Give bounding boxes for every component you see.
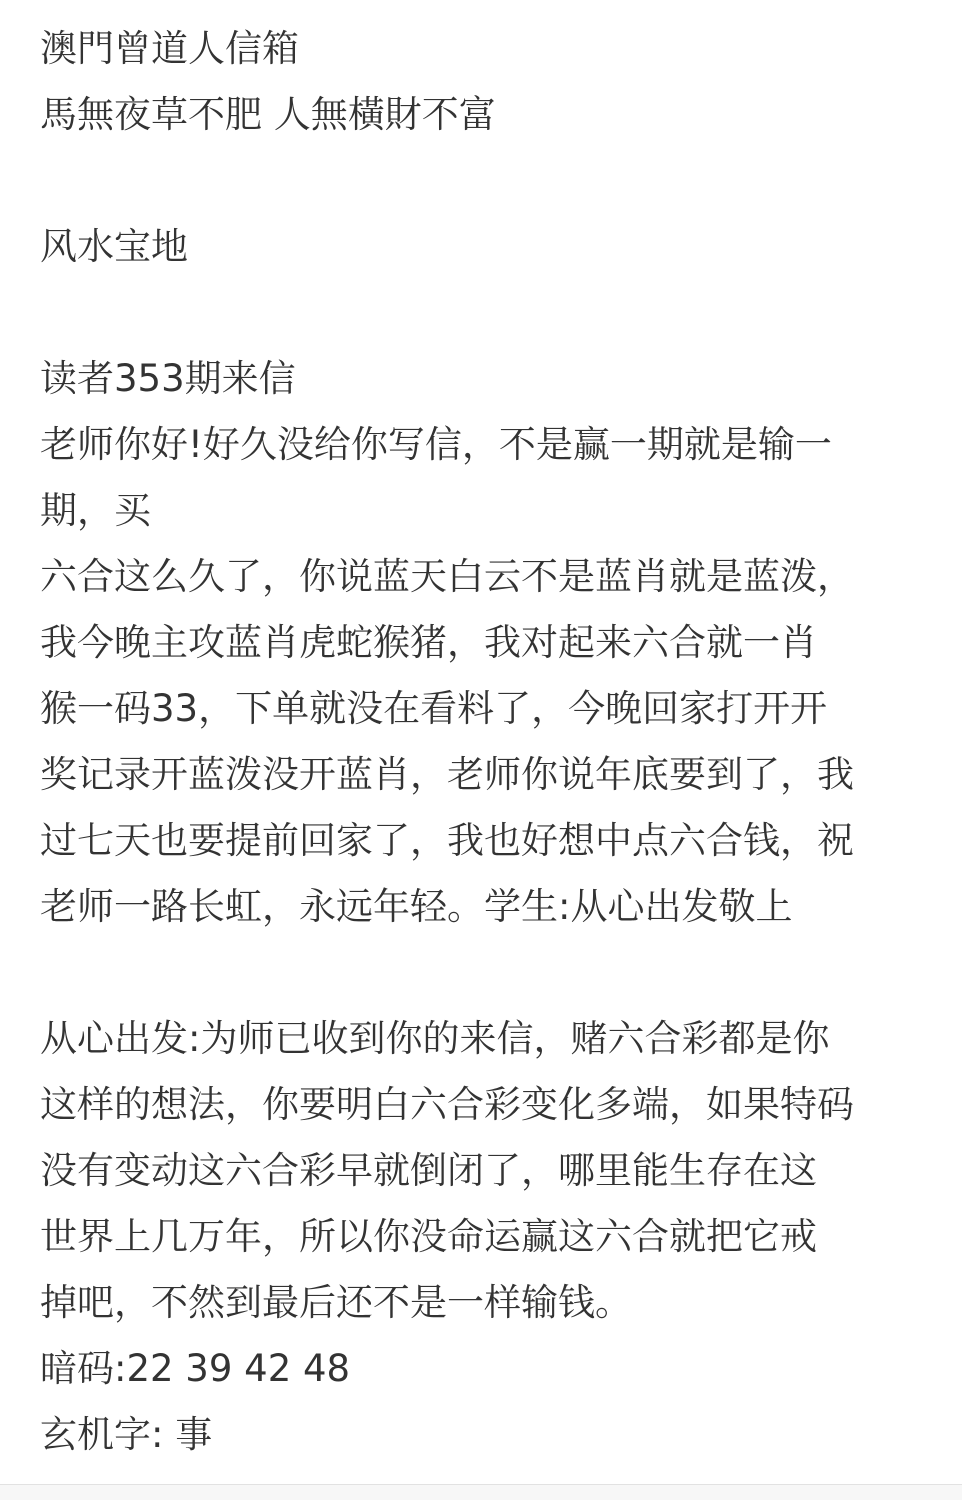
letter-line: 过七天也要提前回家了，我也好想中点六合钱，祝: [40, 808, 940, 874]
motto: 馬無夜草不肥 人無橫財不富: [40, 82, 940, 148]
spacer: [40, 148, 940, 214]
secret-code: 暗码:22 39 42 48: [40, 1336, 940, 1402]
reply-line: 掉吧，不然到最后还不是一样输钱。: [40, 1270, 940, 1336]
letter-line: 老师你好!好久没给你写信，不是赢一期就是输一: [40, 412, 940, 478]
reply-line: 从心出发:为师已收到你的来信，赌六合彩都是你: [40, 1006, 940, 1072]
letter-line: 奖记录开蓝泼没开蓝肖，老师你说年底要到了，我: [40, 742, 940, 808]
letter-line: 期，买: [40, 478, 940, 544]
section-heading: 风水宝地: [40, 214, 940, 280]
spacer: [40, 940, 940, 1006]
letter-line: 六合这么久了，你说蓝天白云不是蓝肖就是蓝泼，: [40, 544, 940, 610]
letter-line: 我今晚主攻蓝肖虎蛇猴猪，我对起来六合就一肖: [40, 610, 940, 676]
letter-line: 老师一路长虹，永远年轻。学生:从心出发敬上: [40, 874, 940, 940]
letter-line: 猴一码33，下单就没在看料了，今晚回家打开开: [40, 676, 940, 742]
page-title: 澳門曾道人信箱: [40, 16, 940, 82]
reply-line: 没有变动这六合彩早就倒闭了，哪里能生存在这: [40, 1138, 940, 1204]
letter-title: 读者353期来信: [40, 346, 940, 412]
mystery-word: 玄机字: 事: [40, 1402, 940, 1468]
reply-line: 世界上几万年，所以你没命运赢这六合就把它戒: [40, 1204, 940, 1270]
bottom-divider-bar: [0, 1484, 962, 1500]
reply-line: 这样的想法，你要明白六合彩变化多端，如果特码: [40, 1072, 940, 1138]
document-body: 澳門曾道人信箱 馬無夜草不肥 人無橫財不富 风水宝地 读者353期来信 老师你好…: [40, 16, 940, 1468]
spacer: [40, 280, 940, 346]
